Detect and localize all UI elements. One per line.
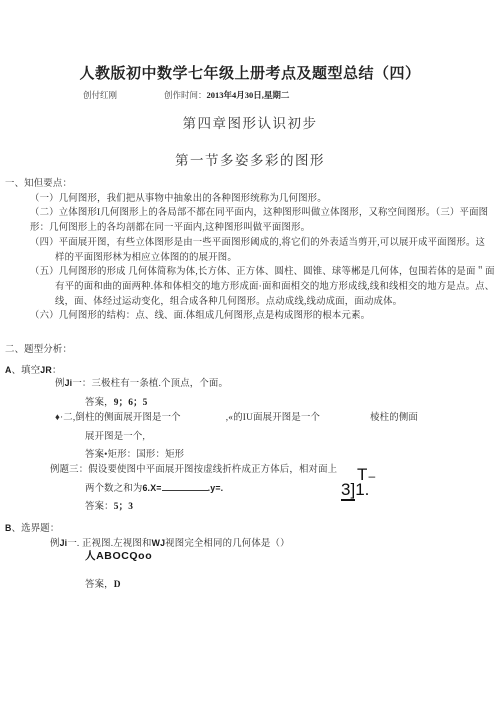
- cube-net-figure-bottom: 3]1.: [341, 482, 376, 497]
- fill-in-label-mid: 、填空: [12, 366, 41, 376]
- choice-heading: B、选界题：: [5, 521, 59, 537]
- example2-seg2: ,«的IU面展开图是一个: [226, 413, 320, 423]
- knowledge-block: 一、知但要点： （一）几何图形，我们把从事物中抽象出的各种图形统称为几何图形。 …: [5, 177, 498, 324]
- analysis-heading: 二、题型分析：: [5, 343, 72, 358]
- example3-prefix: 两个数之和为: [85, 484, 142, 494]
- knowledge-line: （一）几何图形，我们把从事物中抽象出的各种图形统称为几何图形。: [5, 192, 498, 207]
- knowledge-line: 有平的面和曲的面两种.体和体相交的地方形成面·面和面相交的地方形成线,线和线相交…: [5, 280, 498, 295]
- knowledge-line: 线，面、体经过运动变化，组合成各种几何图形。点动成线,线动成面，面动成体。: [5, 295, 498, 310]
- knowledge-line: （五）几何图形的形成 几何体简称为体,长方体、正方体、圆柱、圆锥、球等郴是几何体…: [5, 265, 498, 280]
- answer-label: 答案，: [85, 580, 114, 590]
- example1-line: 例Ji一：三极柱有一条植.个顶点，个面。: [55, 376, 228, 392]
- choice-answer: 答案，D: [85, 578, 121, 593]
- answer-value: 9；6；5: [114, 398, 148, 408]
- document-page: 人教版初中数学七年级上册考点及题型总结（四） 创付红刚 创作时间： 2013年4…: [0, 0, 500, 707]
- choice-p1: 例: [50, 539, 60, 549]
- example2-continuation: 展开图是一个,: [85, 430, 145, 445]
- example1-prefix: 例: [55, 379, 65, 389]
- fill-in-label-end: ：: [52, 366, 62, 376]
- knowledge-line: 样的平面图形林为相应立体图的的展开图。: [5, 251, 498, 266]
- example3-answer: 答案：5；3: [85, 500, 133, 515]
- knowledge-line: （二）立体图形I几何图形上的各局部不都在同平面内，这种图形叫做立体图形，又称空间…: [5, 206, 498, 221]
- meta-created-date: 2013年4月30日,星期二: [207, 89, 290, 101]
- example2-line: ♦·二,倒柱的侧面展开图是一个,«的IU面展开图是一个棱柱的侧面: [55, 411, 418, 426]
- knowledge-heading: 一、知但要点：: [5, 177, 498, 192]
- fill-in-label-b: JR: [40, 365, 52, 375]
- example3-line2: 两个数之和为6.X=.y=.: [85, 481, 223, 497]
- meta-created-label: 创作时间：: [164, 89, 207, 101]
- example3-x-label: 6.X=: [142, 483, 161, 493]
- example1-answer: 答案，9；6；5: [85, 396, 148, 411]
- example2-answer: 答案•矩形：国形：矩形: [85, 448, 184, 463]
- figure-bottom-rest: 1.: [355, 480, 369, 499]
- knowledge-line: （四）平面展开图，有些立体图形是由一些平面图形阈成的,将它们的外表适当剪开,可以…: [5, 236, 498, 251]
- choice-p4: WJ: [152, 538, 166, 548]
- answer-value: D: [114, 580, 121, 590]
- choice-label-mid: 、选界题: [12, 524, 50, 534]
- answer-value: 5；3: [114, 502, 133, 512]
- answer-label: 答案：: [85, 502, 114, 512]
- answer-label: 答案，: [85, 398, 114, 408]
- meta-line: 创付红刚 创作时间： 2013年4月30日,星期二: [83, 89, 289, 101]
- cube-net-figure: T₋ 3]1.: [341, 467, 376, 497]
- doc-title: 人教版初中数学七年级上册考点及题型总结（四）: [0, 62, 500, 83]
- example3-line1: 例题三：假设要使图中平面展开图按虚线折杵成正方体后，相对面上: [50, 463, 337, 478]
- fill-in-heading: A、填空JR：: [5, 363, 62, 379]
- choice-options: 人ABOCQoo: [85, 548, 152, 563]
- fill-blank-underlined: [162, 481, 208, 491]
- knowledge-line: 形：几何图形上的各均剖都在同一平面内,这种图形叫做平面图形。: [5, 221, 498, 236]
- knowledge-line: （六）几何图形的结构：点、线、面.体组成几何图形,点是构成图形的根本元素。: [5, 309, 498, 324]
- example3-y-label: .y=.: [208, 483, 224, 493]
- meta-author: 创付红刚: [83, 89, 117, 101]
- choice-label-end: ：: [50, 524, 60, 534]
- section-heading: 第一节多姿多彩的图形: [0, 149, 500, 169]
- figure-bottom-underlined: 3]: [341, 480, 355, 501]
- example2-seg1: ♦·二,倒柱的侧面展开图是一个: [55, 413, 181, 423]
- example2-seg3: 棱柱的侧面: [370, 413, 418, 423]
- chapter-heading: 第四章图形认识初步: [0, 112, 500, 132]
- example1-text: 一：三极柱有一条植.个顶点，个面。: [72, 379, 228, 389]
- choice-p5: 视图完全相同的几何体是（）: [165, 539, 289, 549]
